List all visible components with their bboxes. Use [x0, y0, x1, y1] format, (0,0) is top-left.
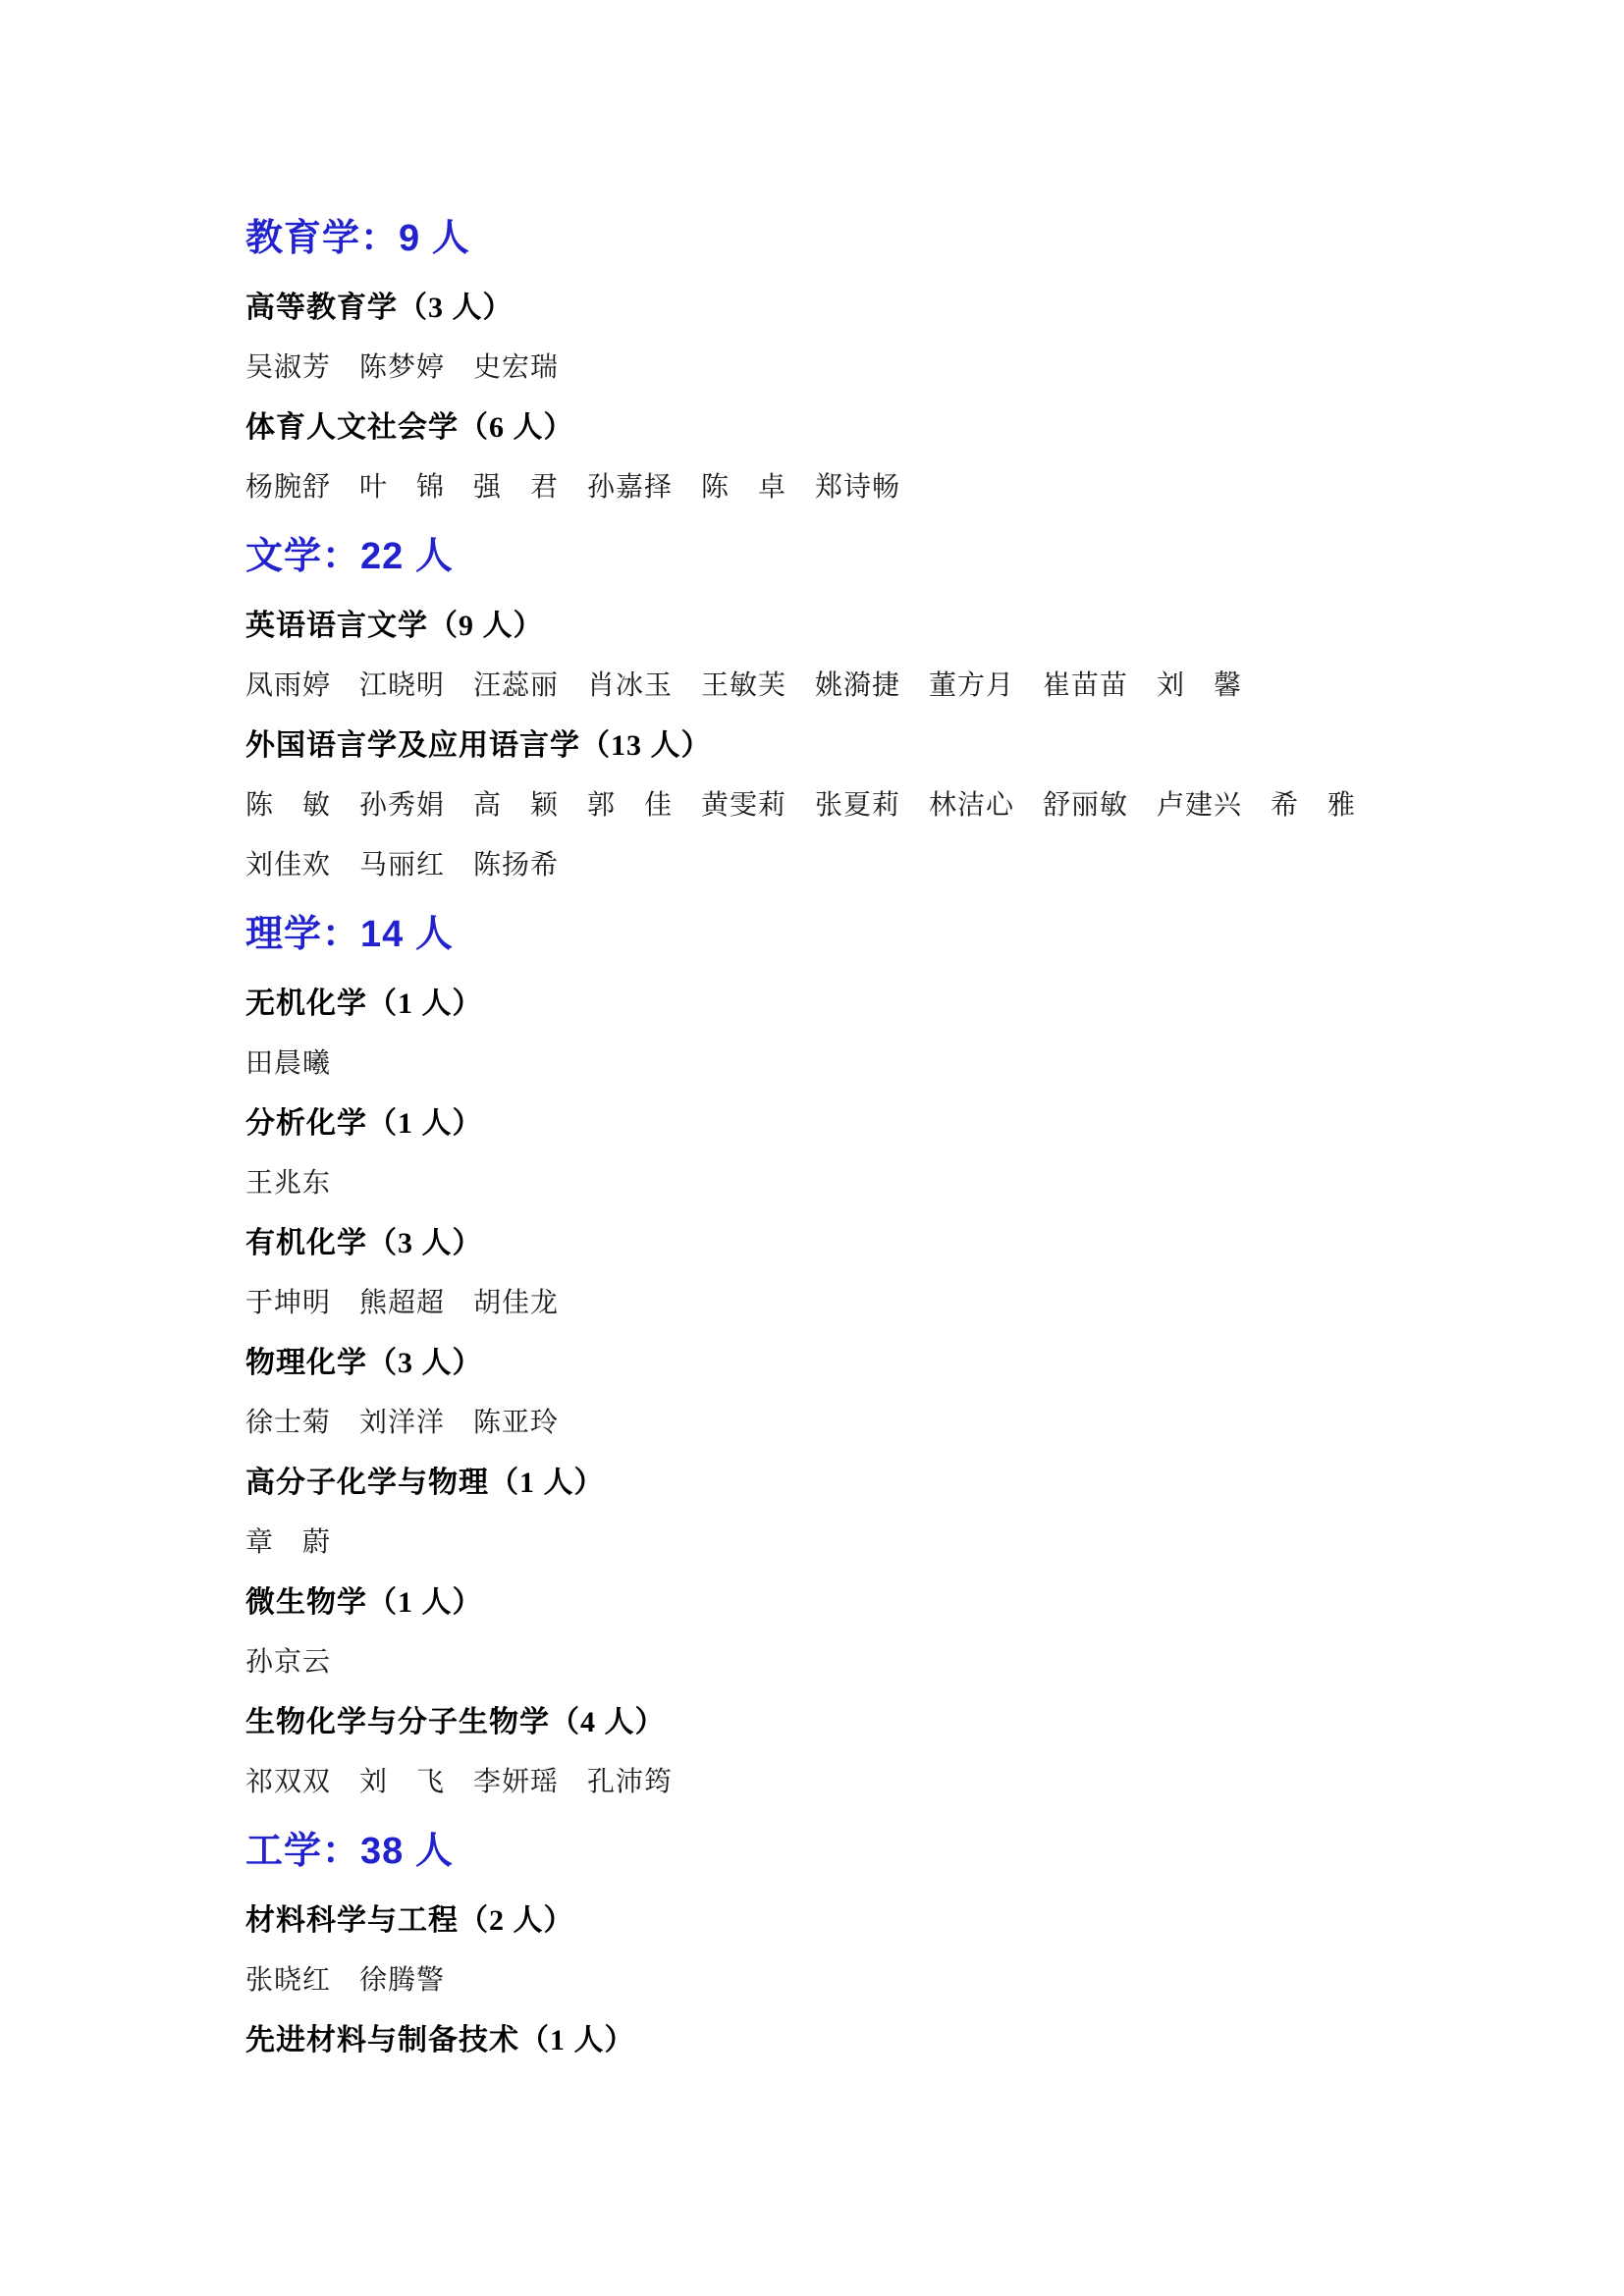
section-heading: 工学：38 人: [245, 1812, 1398, 1891]
major-heading: 生物化学与分子生物学（4 人）: [245, 1692, 1398, 1752]
major-heading: 体育人文社会学（6 人）: [245, 398, 1398, 457]
major-heading: 英语语言文学（9 人）: [245, 596, 1398, 656]
major-heading: 分析化学（1 人）: [245, 1094, 1398, 1153]
section-heading: 文学：22 人: [245, 517, 1398, 596]
names-line: 刘佳欢 马丽红 陈扬希: [245, 835, 1398, 895]
names-line: 杨腕舒 叶 锦 强 君 孙嘉择 陈 卓 郑诗畅: [245, 457, 1398, 517]
major-heading: 微生物学（1 人）: [245, 1573, 1398, 1632]
names-line: 孙京云: [245, 1632, 1398, 1692]
document-page: 教育学：9 人高等教育学（3 人）吴淑芳 陈梦婷 史宏瑞体育人文社会学（6 人）…: [0, 0, 1624, 2296]
names-line: 于坤明 熊超超 胡佳龙: [245, 1273, 1398, 1333]
major-heading: 高等教育学（3 人）: [245, 278, 1398, 338]
names-line: 王兆东: [245, 1153, 1398, 1213]
names-line: 凤雨婷 江晓明 汪蕊丽 肖冰玉 王敏芙 姚漪捷 董方月 崔苗苗 刘 馨: [245, 656, 1398, 716]
section-heading: 教育学：9 人: [245, 199, 1398, 278]
section-heading: 理学：14 人: [245, 895, 1398, 974]
major-heading: 高分子化学与物理（1 人）: [245, 1453, 1398, 1513]
major-heading: 无机化学（1 人）: [245, 974, 1398, 1034]
major-heading: 物理化学（3 人）: [245, 1333, 1398, 1393]
major-heading: 材料科学与工程（2 人）: [245, 1891, 1398, 1950]
major-heading: 先进材料与制备技术（1 人）: [245, 2010, 1398, 2070]
major-heading: 外国语言学及应用语言学（13 人）: [245, 716, 1398, 775]
names-line: 张晓红 徐腾警: [245, 1950, 1398, 2010]
names-line: 徐士菊 刘洋洋 陈亚玲: [245, 1393, 1398, 1453]
names-line: 陈 敏 孙秀娟 高 颖 郭 佳 黄雯莉 张夏莉 林洁心 舒丽敏 卢建兴 希 雅: [245, 775, 1398, 835]
document-content: 教育学：9 人高等教育学（3 人）吴淑芳 陈梦婷 史宏瑞体育人文社会学（6 人）…: [245, 199, 1398, 2070]
names-line: 祁双双 刘 飞 李妍瑶 孔沛筠: [245, 1752, 1398, 1812]
names-line: 章 蔚: [245, 1513, 1398, 1573]
major-heading: 有机化学（3 人）: [245, 1213, 1398, 1273]
names-line: 吴淑芳 陈梦婷 史宏瑞: [245, 338, 1398, 398]
names-line: 田晨曦: [245, 1034, 1398, 1094]
